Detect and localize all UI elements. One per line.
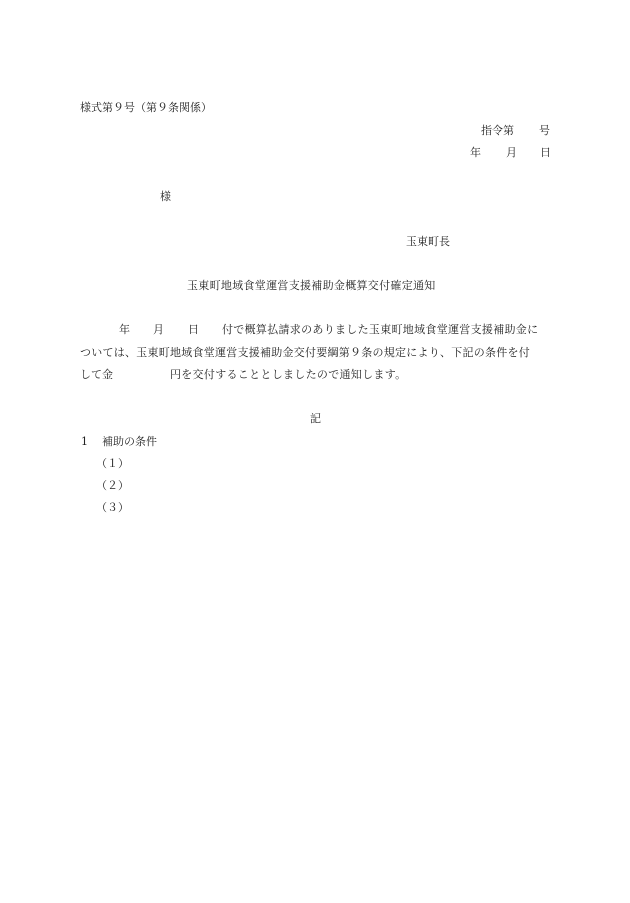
date-month: 月	[506, 146, 517, 160]
recipient-honorific: 様	[160, 190, 171, 204]
body-line-3-prefix: して金	[80, 368, 113, 382]
section-title: 補助の条件	[102, 435, 157, 449]
body-year: 年	[119, 323, 130, 337]
form-label: 様式第９号（第９条関係）	[80, 101, 212, 115]
condition-item-1: （１）	[96, 457, 129, 471]
reference-number-suffix: 号	[539, 124, 550, 138]
reference-number-label: 指令第	[481, 124, 514, 138]
body-day: 日	[188, 323, 199, 337]
body-line-1: 付で概算払請求のありました玉東町地域食堂運営支援補助金に	[222, 323, 538, 337]
condition-item-2: （２）	[96, 479, 129, 493]
date-day: 日	[540, 146, 551, 160]
body-line-2: ついては、玉東町地域食堂運営支援補助金交付要綱第９条の規定により、下記の条件を付	[80, 346, 530, 360]
document-title: 玉東町地域食堂運営支援補助金概算交付確定通知	[187, 279, 436, 293]
sender-name: 玉東町長	[406, 235, 450, 249]
section-number: 1	[81, 435, 88, 449]
note-heading: 記	[310, 412, 321, 426]
date-year: 年	[470, 146, 481, 160]
body-month: 月	[153, 323, 164, 337]
body-line-3-suffix: 円を交付することとしましたので通知します。	[170, 368, 406, 382]
condition-item-3: （３）	[96, 501, 129, 515]
